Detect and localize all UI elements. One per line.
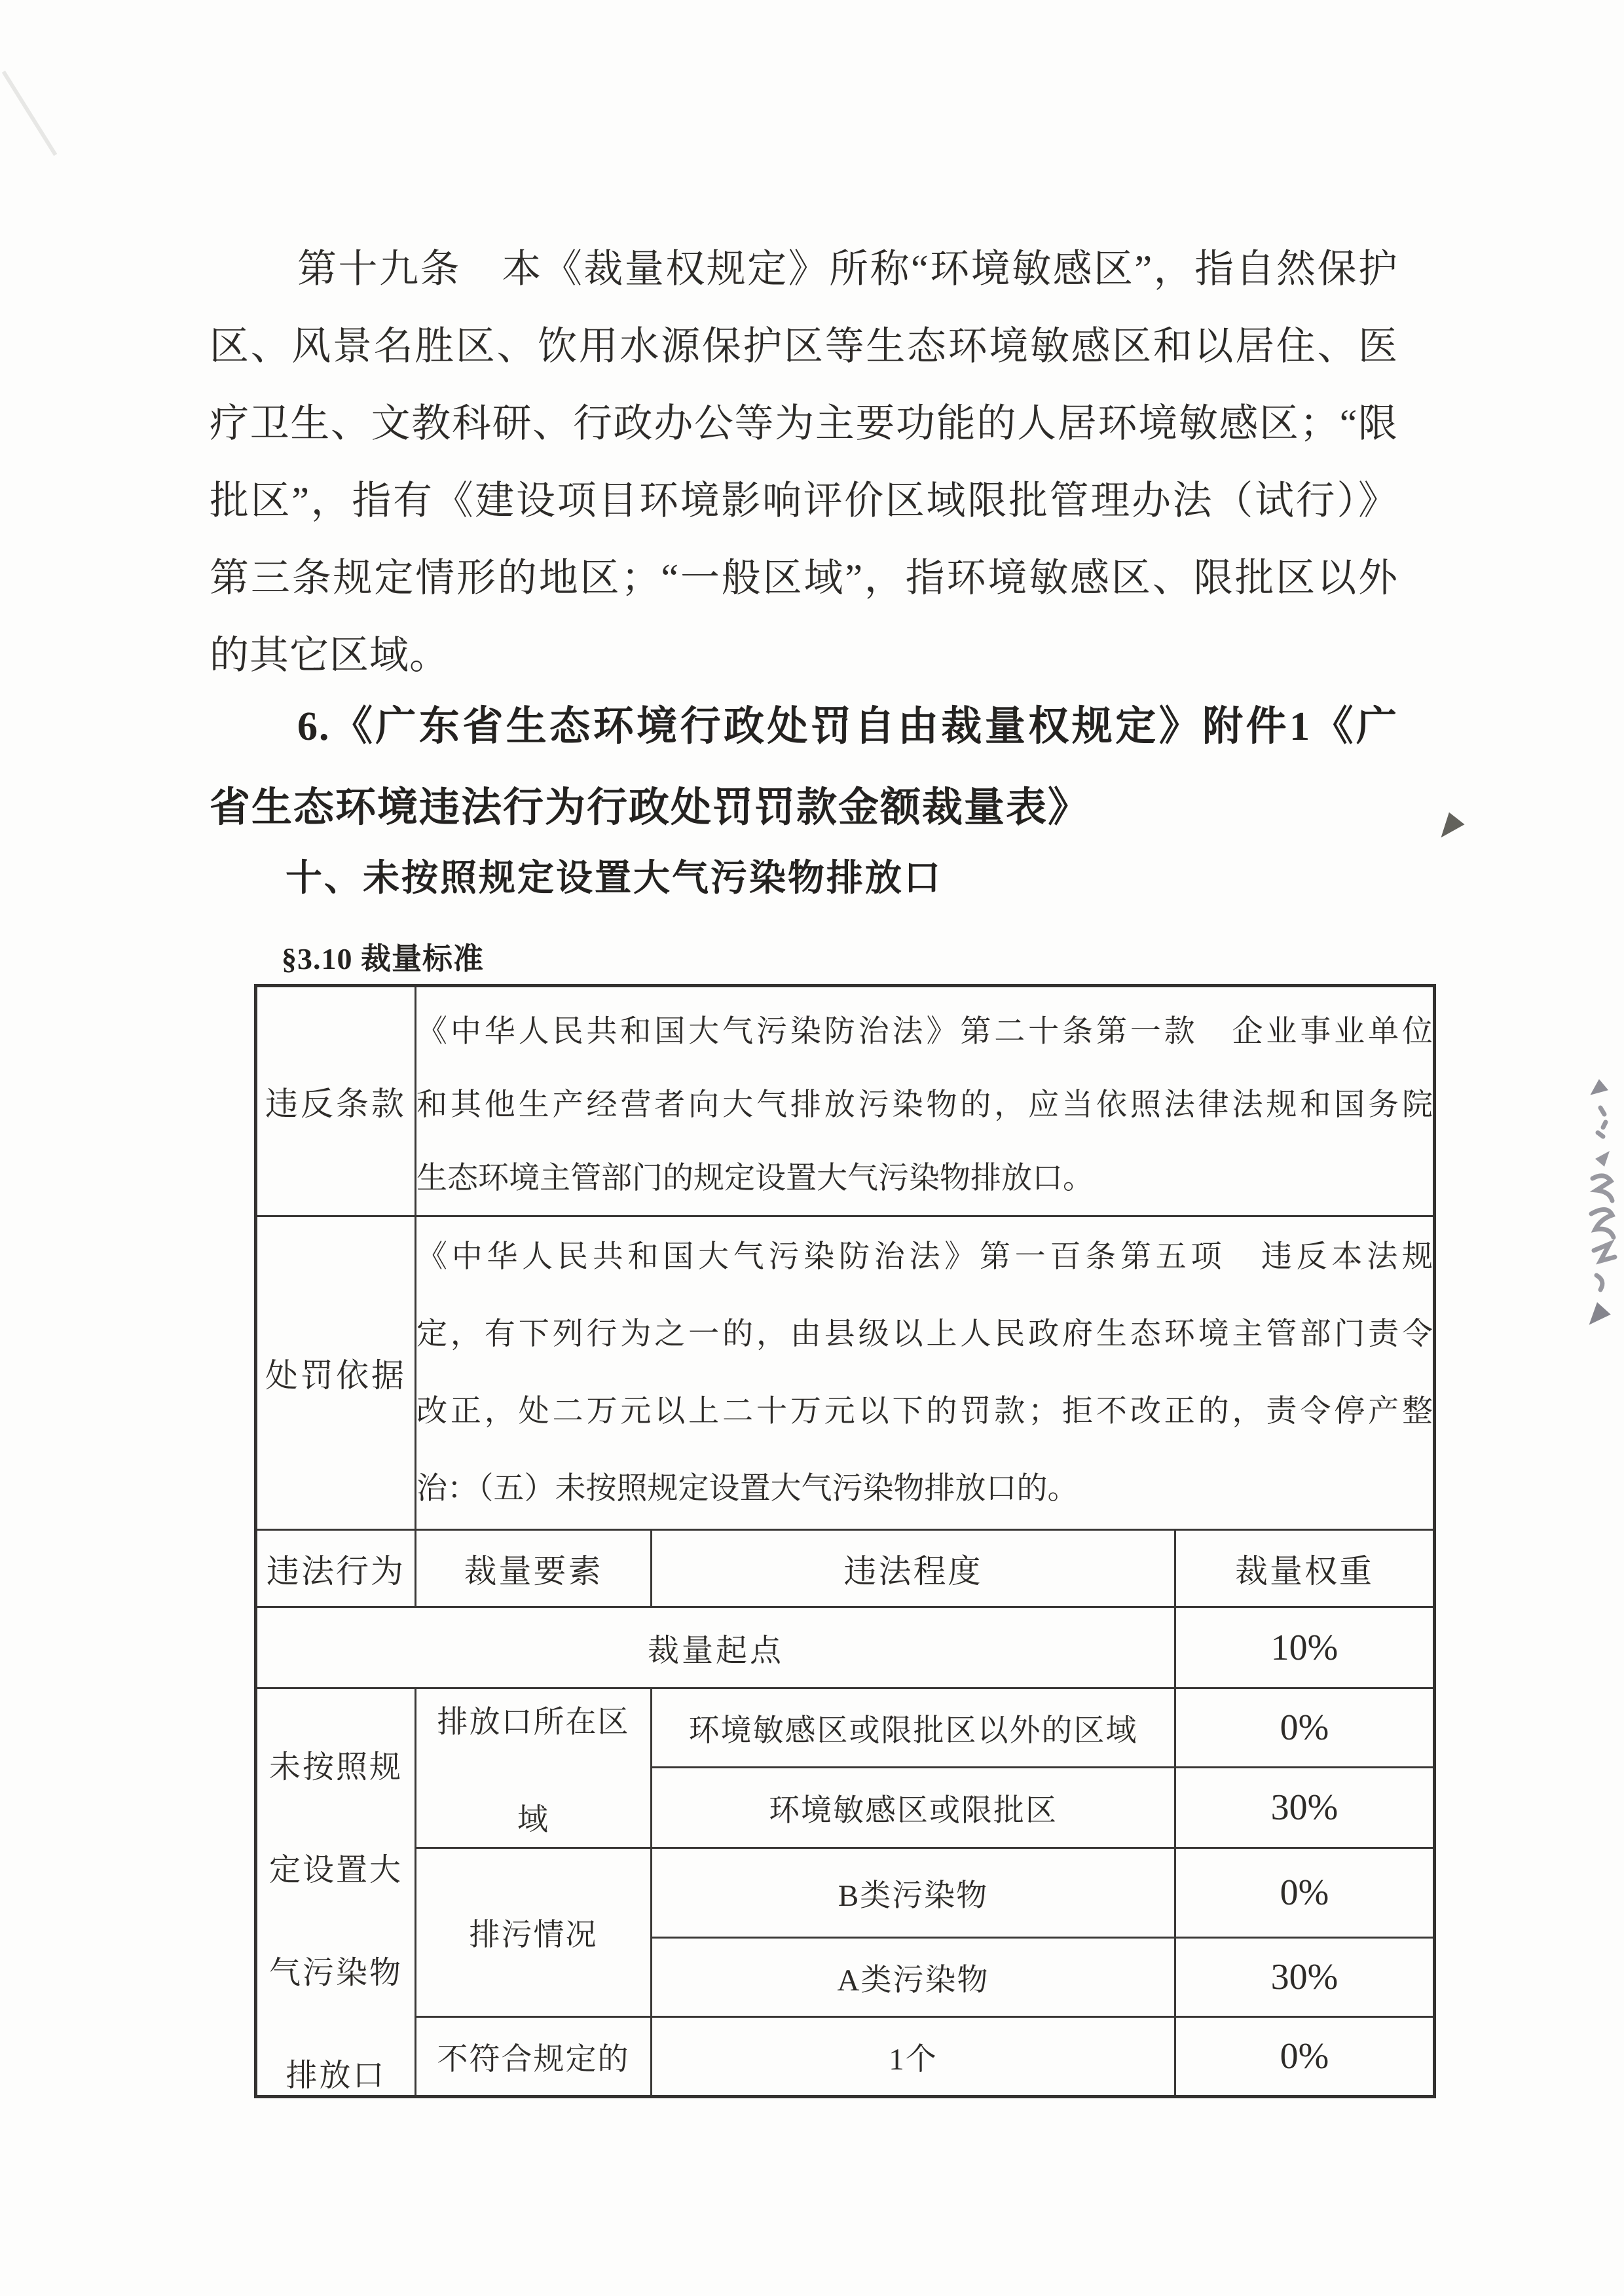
item-ten-subheading: 十、未按照规定设置大气污染物排放口 <box>286 858 942 900</box>
factor-outlet-area-cell: 排放口所在区 域 <box>416 1688 652 1848</box>
discretion-start-weight: 10% <box>1175 1607 1435 1688</box>
penalty-basis-text: 《中华人民共和国大气污染防治法》第一百条第五项 违反本法规 定，有下列行为之一的… <box>416 1216 1435 1530</box>
weight-cell: 30% <box>1175 1768 1435 1848</box>
section-3-10-label: §3.10 裁量标准 <box>282 941 484 977</box>
paragraph-line: 区、风景名胜区、饮用水源保护区等生态环境敏感区和以居住、医 <box>210 308 1398 385</box>
column-header-illegal-degree: 违法程度 <box>652 1530 1175 1607</box>
violation-clause-label: 违反条款 <box>256 986 416 1216</box>
discretion-start-label: 裁量起点 <box>256 1607 1175 1688</box>
factor-noncompliant-cell: 不符合规定的 <box>416 2017 652 2097</box>
paragraph-line: 疗卫生、文教科研、行政办公等为主要功能的人居环境敏感区；“限 <box>210 385 1398 462</box>
weight-cell: 0% <box>1175 1688 1435 1768</box>
illegal-act-line: 未按照规 <box>269 1741 403 1787</box>
scan-streak <box>2 71 58 156</box>
column-header-illegal-act: 违法行为 <box>256 1530 416 1607</box>
heading-line: 省生态环境违法行为行政处罚罚款金额裁量表》 <box>210 767 1398 848</box>
factor-name-line: 域 <box>517 1795 549 1839</box>
cell-text-line: 定，有下列行为之一的，由县级以上人民政府生态环境主管部门责令 <box>416 1296 1433 1373</box>
illegal-act-line: 定设置大 <box>269 1844 403 1889</box>
illegal-act-line: 排放口 <box>286 2050 386 2095</box>
degree-cell: 环境敏感区或限批区以外的区域 <box>652 1688 1175 1768</box>
cell-text-line: 改正，处二万元以上二十万元以下的罚款；拒不改正的，责令停产整 <box>416 1373 1433 1450</box>
column-header-discretion-factor: 裁量要素 <box>416 1530 652 1607</box>
factor-discharge-status-cell: 排污情况 <box>416 1848 652 2017</box>
ink-mark <box>1433 812 1464 844</box>
illegal-act-line: 气污染物 <box>269 1947 403 1992</box>
factor-name-line: 排放口所在区 <box>437 1698 630 1741</box>
cell-text-line: 治：（五）未按照规定设置大气污染物排放口的。 <box>416 1450 1433 1527</box>
violation-clause-text: 《中华人民共和国大气污染防治法》第二十条第一款 企业事业单位 和其他生产经营者向… <box>416 986 1435 1216</box>
paragraph-line: 批区”，指有《建设项目环境影响评价区域限批管理办法（试行）》 <box>210 462 1398 539</box>
document-page: 第十九条 本《裁量权规定》所称“环境敏感区”，指自然保护 区、风景名胜区、饮用水… <box>0 0 1624 2296</box>
paragraph-line: 的其它区域。 <box>210 617 1398 694</box>
degree-cell: 环境敏感区或限批区 <box>652 1768 1175 1848</box>
cell-text-line: 生态环境主管部门的规定设置大气污染物排放口。 <box>416 1142 1433 1215</box>
degree-cell: B类污染物 <box>652 1848 1175 1938</box>
column-header-discretion-weight: 裁量权重 <box>1175 1530 1435 1607</box>
margin-scribble <box>1566 1067 1624 1342</box>
article-19-paragraph: 第十九条 本《裁量权规定》所称“环境敏感区”，指自然保护 区、风景名胜区、饮用水… <box>210 230 1398 694</box>
heading-line: 6.《广东省生态环境行政处罚自由裁量权规定》附件1《广东 <box>210 686 1398 767</box>
cell-text-line: 和其他生产经营者向大气排放污染物的，应当依照法律法规和国务院 <box>416 1068 1433 1142</box>
paragraph-line: 第十九条 本《裁量权规定》所称“环境敏感区”，指自然保护 <box>210 230 1398 308</box>
discretion-standard-table: 违反条款 《中华人民共和国大气污染防治法》第二十条第一款 企业事业单位 和其他生… <box>254 984 1436 2098</box>
weight-cell: 0% <box>1175 2017 1435 2097</box>
weight-cell: 30% <box>1175 1938 1435 2017</box>
degree-cell: 1个 <box>652 2017 1175 2097</box>
attachment-heading: 6.《广东省生态环境行政处罚自由裁量权规定》附件1《广东 省生态环境违法行为行政… <box>210 686 1398 848</box>
cell-text-line: 《中华人民共和国大气污染防治法》第二十条第一款 企业事业单位 <box>416 995 1433 1068</box>
illegal-act-cell: 未按照规 定设置大 气污染物 排放口 <box>256 1688 416 2097</box>
penalty-basis-label: 处罚依据 <box>256 1216 416 1530</box>
degree-cell: A类污染物 <box>652 1938 1175 2017</box>
weight-cell: 0% <box>1175 1848 1435 1938</box>
cell-text-line: 《中华人民共和国大气污染防治法》第一百条第五项 违反本法规 <box>416 1218 1433 1296</box>
paragraph-line: 第三条规定情形的地区；“一般区域”，指环境敏感区、限批区以外 <box>210 539 1398 617</box>
